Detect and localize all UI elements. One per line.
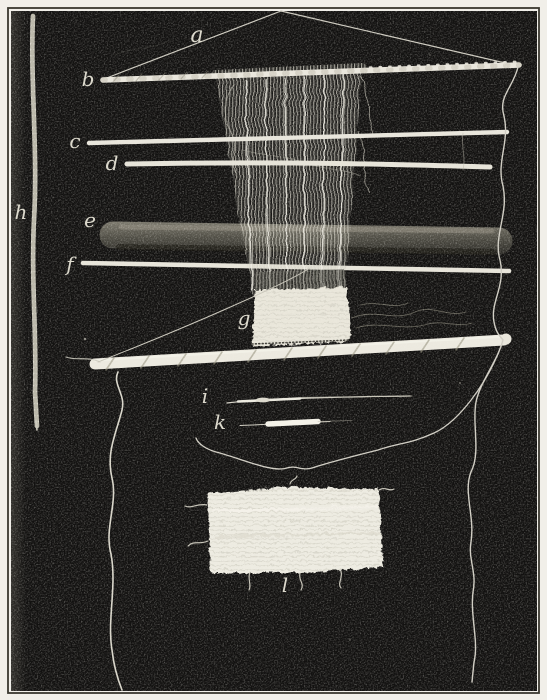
label-g: g <box>238 306 251 330</box>
label-l: l <box>282 573 288 597</box>
label-a: a <box>190 23 203 48</box>
label-b: b <box>82 67 95 91</box>
label-c: c <box>69 129 80 153</box>
loom-photo-canvas: a b c d e f g h i k l <box>0 0 547 700</box>
loom-photograph-plate: a b c d e f g h i k l <box>0 0 547 700</box>
film-grain <box>11 11 537 691</box>
label-e: e <box>84 208 96 232</box>
label-i: i <box>202 384 208 408</box>
label-d: d <box>106 151 119 175</box>
label-h: h <box>15 200 28 224</box>
label-k: k <box>214 410 226 434</box>
